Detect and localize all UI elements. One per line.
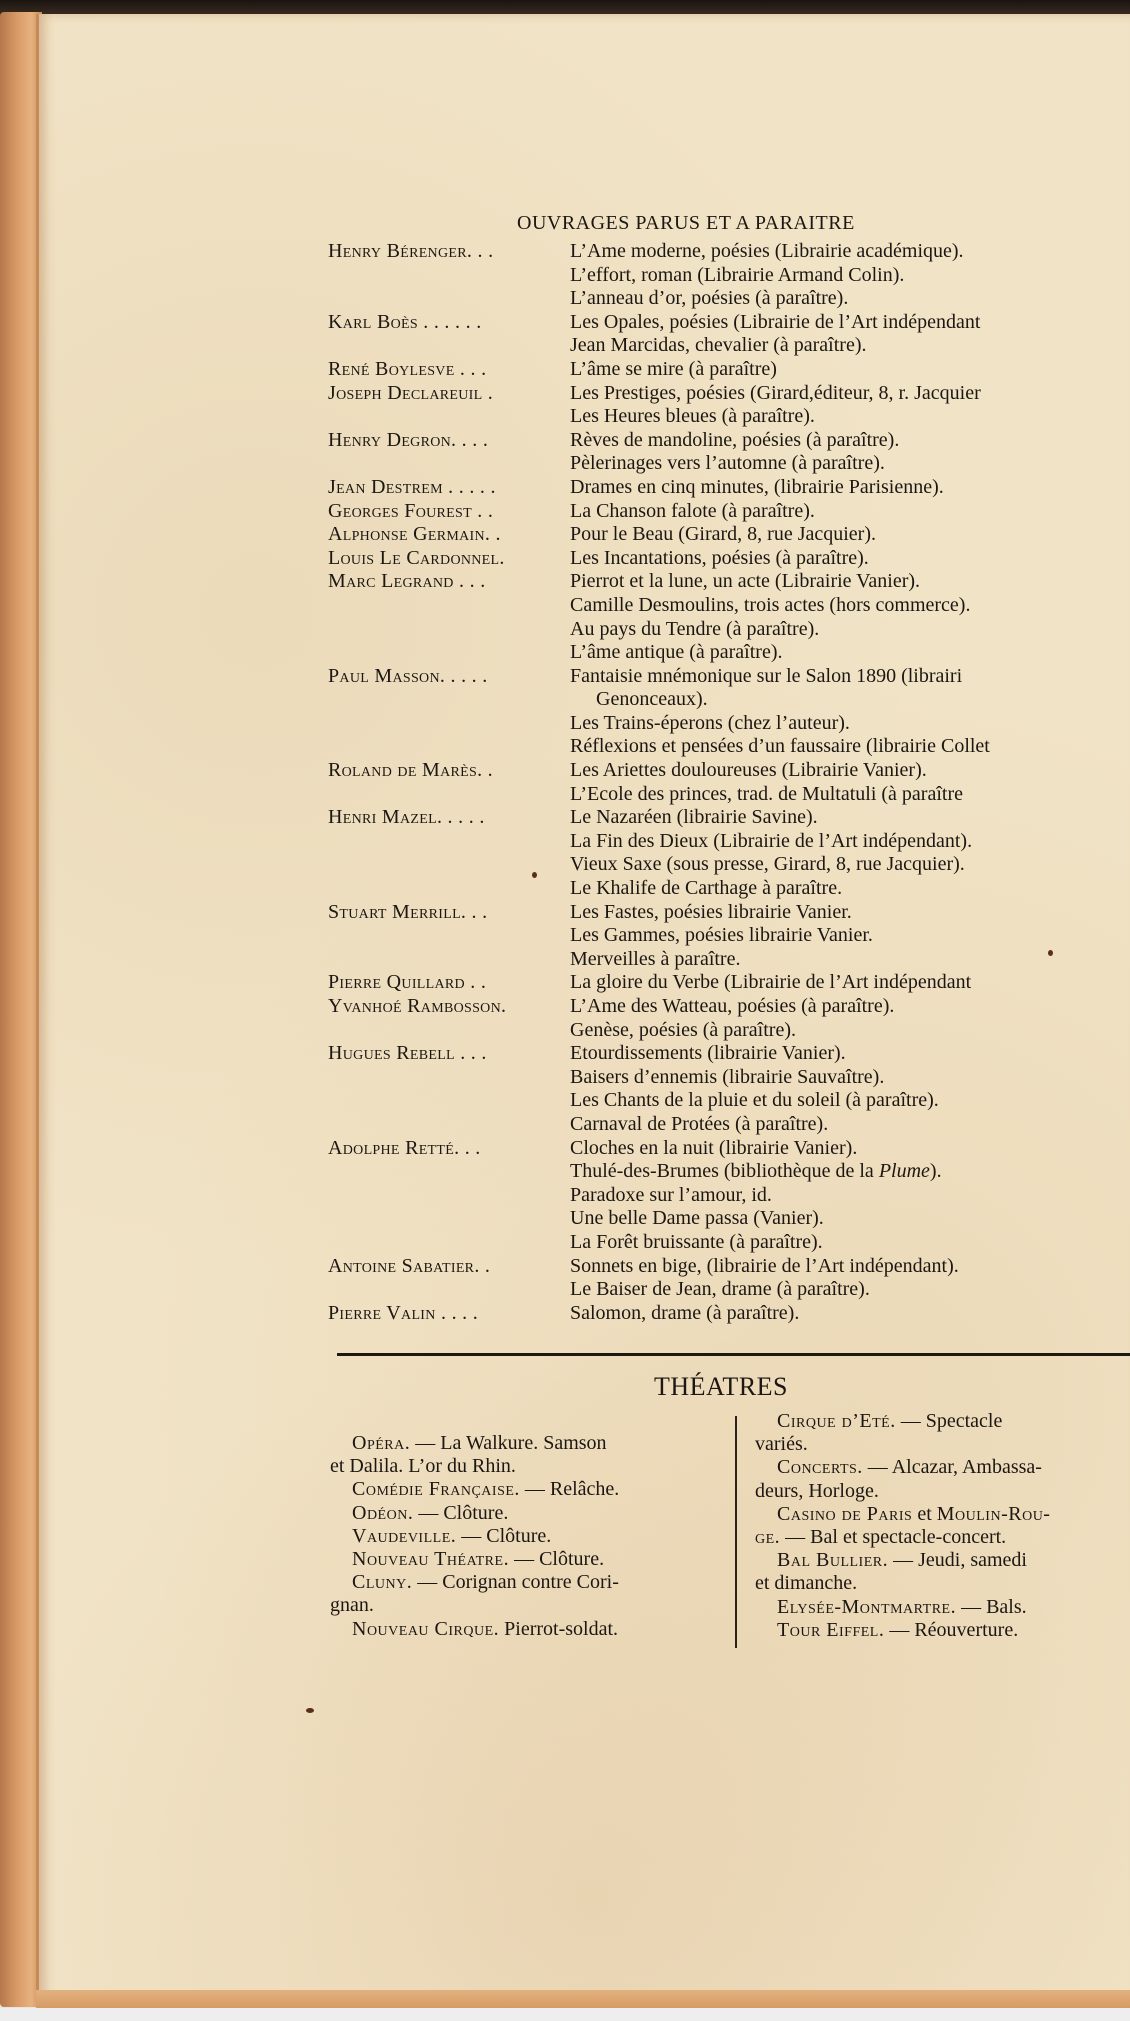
venue-name: Nouveau Cirque. — [352, 1618, 499, 1640]
theatre-line: Tour Eiffel. — Réouverture. — [755, 1619, 1130, 1642]
work-titles: La Chanson falote (à paraître). — [570, 500, 1130, 524]
work-title: Carnaval de Protées (à paraître). — [570, 1113, 1130, 1137]
author-name: Henry Bérenger. . . — [328, 240, 570, 311]
work-title: Le Nazaréen (librairie Savine). — [570, 806, 1130, 830]
theatre-line: Concerts. — Alcazar, Ambassa- — [755, 1456, 1130, 1479]
theatre-entry: Bal Bullier. — Jeudi, samediet dimanche. — [755, 1549, 1130, 1595]
venue-program: — Relâche. — [520, 1478, 619, 1500]
theatre-line-continued: gnan. — [330, 1594, 730, 1617]
author-name: Marc Legrand . . . — [328, 570, 570, 664]
column-divider — [735, 1416, 737, 1648]
venue-program: et — [912, 1503, 936, 1525]
venue-name: Moulin-Rou- — [937, 1503, 1051, 1525]
work-title: Les Heures bleues (à paraître). — [570, 405, 1130, 429]
venue-program-continued: et Dalila. L’or du Rhin. — [330, 1455, 516, 1477]
work-title-suffix: ). — [930, 1160, 942, 1182]
work-title: Les Incantations, poésies (à paraître). — [570, 547, 1130, 571]
author-name: Louis Le Cardonnel. — [328, 547, 570, 571]
author-entry: Stuart Merrill. . .Les Fastes, poésies l… — [328, 901, 1130, 972]
author-entry: Joseph Declareuil .Les Prestiges, poésie… — [328, 382, 1130, 429]
venue-name: Opéra. — [352, 1432, 410, 1454]
works-heading: OUVRAGES PARUS ET A PARAITRE — [517, 212, 855, 235]
venue-program: — Corignan contre Cori- — [412, 1571, 619, 1593]
theatre-entry: Cirque d’Eté. — Spectaclevariés. — [755, 1410, 1130, 1456]
venue-name: Vaudeville. — [352, 1525, 456, 1547]
theatre-entry: Nouveau Théatre. — Clôture. — [330, 1548, 730, 1571]
author-name: Adolphe Retté. . . — [328, 1137, 570, 1255]
author-entry: Georges Fourest . .La Chanson falote (à … — [328, 500, 1130, 524]
theatre-line: Cirque d’Eté. — Spectacle — [755, 1410, 1130, 1433]
author-entry: Alphonse Germain. .Pour le Beau (Girard,… — [328, 523, 1130, 547]
work-titles: L’Ame moderne, poésies (Librairie académ… — [570, 240, 1130, 311]
venue-name: Nouveau Théatre. — [352, 1548, 509, 1570]
venue-name: Elysée-Montmartre. — [777, 1596, 956, 1618]
work-titles: Pour le Beau (Girard, 8, rue Jacquier). — [570, 523, 1130, 547]
work-title: Les Ariettes douloureuses (Librairie Van… — [570, 759, 1130, 783]
work-title: Sonnets en bige, (librairie de l’Art ind… — [570, 1255, 1130, 1279]
author-entry: Henry Bérenger. . .L’Ame moderne, poésie… — [328, 240, 1130, 311]
work-title: L’Ame moderne, poésies (Librairie académ… — [570, 240, 1130, 264]
work-title: La Chanson falote (à paraître). — [570, 500, 1130, 524]
theatre-line: Opéra. — La Walkure. Samson — [330, 1432, 730, 1455]
theatre-entry: Comédie Française. — Relâche. — [330, 1478, 730, 1501]
author-name: Alphonse Germain. . — [328, 523, 570, 547]
venue-name: Cluny. — [352, 1571, 412, 1593]
author-entry: Henry Degron. . . .Rèves de mandoline, p… — [328, 429, 1130, 476]
work-title: L’anneau d’or, poésies (à paraître). — [570, 287, 1130, 311]
author-entry: Yvanhoé Rambosson.L’Ame des Watteau, poé… — [328, 995, 1130, 1042]
venue-name-continued: ge. — [755, 1526, 780, 1548]
work-title: Les Gammes, poésies librairie Vanier. — [570, 924, 1130, 948]
venue-program-continued: et dimanche. — [755, 1572, 857, 1594]
theatre-line-continued: ge. — Bal et spectacle-concert. — [755, 1526, 1130, 1549]
theatre-entry: Vaudeville. — Clôture. — [330, 1525, 730, 1548]
venue-program: — Bals. — [956, 1596, 1027, 1618]
author-name: Yvanhoé Rambosson. — [328, 995, 570, 1042]
work-title: Genonceaux). — [570, 688, 1130, 712]
work-title: Rèves de mandoline, poésies (à paraître)… — [570, 429, 1130, 453]
work-title: Vieux Saxe (sous presse, Girard, 8, rue … — [570, 853, 1130, 877]
author-name: Antoine Sabatier. . — [328, 1255, 570, 1302]
work-title: Genèse, poésies (à paraître). — [570, 1019, 1130, 1043]
work-titles: L’Ame des Watteau, poésies (à paraître).… — [570, 995, 1130, 1042]
work-title: Salomon, drame (à paraître). — [570, 1302, 1130, 1326]
theatre-entry: Tour Eiffel. — Réouverture. — [755, 1619, 1130, 1642]
theatres-left-column: Opéra. — La Walkure. Samsonet Dalila. L’… — [330, 1432, 730, 1641]
author-name: Henry Degron. . . . — [328, 429, 570, 476]
theatre-line-continued: et Dalila. L’or du Rhin. — [330, 1455, 730, 1478]
work-title: Pour le Beau (Girard, 8, rue Jacquier). — [570, 523, 1130, 547]
work-title: La gloire du Verbe (Librairie de l’Art i… — [570, 971, 1130, 995]
work-title: Merveilles à paraître. — [570, 948, 1130, 972]
work-title: Paradoxe sur l’amour, id. — [570, 1184, 1130, 1208]
author-name: Joseph Declareuil . — [328, 382, 570, 429]
theatre-line-continued: et dimanche. — [755, 1572, 1130, 1595]
venue-name: Odéon. — [352, 1502, 413, 1524]
work-title: Thulé-des-Brumes (bibliothèque de la Plu… — [570, 1160, 1130, 1184]
author-entry: Pierre Quillard . .La gloire du Verbe (L… — [328, 971, 1130, 995]
author-name: Henri Mazel. . . . . — [328, 806, 570, 900]
work-title: Les Prestiges, poésies (Girard,éditeur, … — [570, 382, 1130, 406]
work-titles: Salomon, drame (à paraître). — [570, 1302, 1130, 1326]
venue-program: Pierrot-soldat. — [499, 1618, 618, 1640]
theatre-line-continued: deurs, Horloge. — [755, 1480, 1130, 1503]
theatre-entry: Concerts. — Alcazar, Ambassa-deurs, Horl… — [755, 1456, 1130, 1502]
work-title: L’Ecole des princes, trad. de Multatuli … — [570, 783, 1130, 807]
theatre-line: Casino de Paris et Moulin-Rou- — [755, 1503, 1130, 1526]
theatre-entry: Nouveau Cirque. Pierrot-soldat. — [330, 1618, 730, 1641]
work-title: La Fin des Dieux (Librairie de l’Art ind… — [570, 830, 1130, 854]
author-name: Karl Boès . . . . . . — [328, 311, 570, 358]
work-title: Pierrot et la lune, un acte (Librairie V… — [570, 570, 1130, 594]
venue-program: — Clôture. — [413, 1502, 508, 1524]
venue-program-continued: variés. — [755, 1433, 808, 1455]
venue-program: — Réouverture. — [884, 1619, 1018, 1641]
work-title: Les Opales, poésies (Librairie de l’Art … — [570, 311, 1130, 335]
author-name: Stuart Merrill. . . — [328, 901, 570, 972]
work-title: L’âme se mire (à paraître) — [570, 358, 1130, 382]
section-divider — [337, 1353, 1130, 1356]
theatre-line: Vaudeville. — Clôture. — [330, 1525, 730, 1548]
work-title: Le Khalife de Carthage à paraître. — [570, 877, 1130, 901]
work-title: La Forêt bruissante (à paraître). — [570, 1231, 1130, 1255]
work-title: Une belle Dame passa (Vanier). — [570, 1207, 1130, 1231]
venue-program-continued: — Bal et spectacle-concert. — [780, 1526, 1006, 1548]
author-entry: Paul Masson. . . . .Fantaisie mnémonique… — [328, 665, 1130, 759]
work-titles: Rèves de mandoline, poésies (à paraître)… — [570, 429, 1130, 476]
author-name: René Boylesve . . . — [328, 358, 570, 382]
work-titles: Les Opales, poésies (Librairie de l’Art … — [570, 311, 1130, 358]
theatres-heading: THÉATRES — [654, 1372, 788, 1402]
work-title: Fantaisie mnémonique sur le Salon 1890 (… — [570, 665, 1130, 689]
theatres-right-column: Cirque d’Eté. — Spectaclevariés.Concerts… — [755, 1410, 1130, 1642]
author-name: Paul Masson. . . . . — [328, 665, 570, 759]
work-title: Le Baiser de Jean, drame (à paraître). — [570, 1278, 1130, 1302]
work-title: L’âme antique (à paraître). — [570, 641, 1130, 665]
author-entry: Karl Boès . . . . . .Les Opales, poésies… — [328, 311, 1130, 358]
venue-name: Bal Bullier. — [777, 1549, 888, 1571]
author-entry: Marc Legrand . . .Pierrot et la lune, un… — [328, 570, 1130, 664]
author-entry: Jean Destrem . . . . .Drames en cinq min… — [328, 476, 1130, 500]
theatre-line: Bal Bullier. — Jeudi, samedi — [755, 1549, 1130, 1572]
venue-name: Tour Eiffel. — [777, 1619, 884, 1641]
theatre-entry: Elysée-Montmartre. — Bals. — [755, 1596, 1130, 1619]
work-title: Baisers d’ennemis (librairie Sauvaître). — [570, 1066, 1130, 1090]
author-entry: Roland de Marès. .Les Ariettes douloureu… — [328, 759, 1130, 806]
venue-program: — La Walkure. Samson — [410, 1432, 606, 1454]
theatre-line-continued: variés. — [755, 1433, 1130, 1456]
work-title: L’Ame des Watteau, poésies (à paraître). — [570, 995, 1130, 1019]
author-entry: Henri Mazel. . . . .Le Nazaréen (librair… — [328, 806, 1130, 900]
work-title: Etourdissements (librairie Vanier). — [570, 1042, 1130, 1066]
venue-program: — Clôture. — [509, 1548, 604, 1570]
work-titles: Les Ariettes douloureuses (Librairie Van… — [570, 759, 1130, 806]
venue-name: Concerts. — [777, 1456, 863, 1478]
work-title-italic: Plume — [879, 1160, 930, 1182]
work-title: L’effort, roman (Librairie Armand Colin)… — [570, 264, 1130, 288]
ink-speck — [1048, 950, 1053, 956]
work-titles: Pierrot et la lune, un acte (Librairie V… — [570, 570, 1130, 664]
venue-program: — Alcazar, Ambassa- — [863, 1456, 1042, 1478]
work-titles: Etourdissements (librairie Vanier).Baise… — [570, 1042, 1130, 1136]
author-entry: Adolphe Retté. . .Cloches en la nuit (li… — [328, 1137, 1130, 1255]
work-title: Drames en cinq minutes, (librairie Paris… — [570, 476, 1130, 500]
author-entry: Louis Le Cardonnel.Les Incantations, poé… — [328, 547, 1130, 571]
ink-speck — [532, 872, 537, 878]
author-name: Pierre Quillard . . — [328, 971, 570, 995]
work-titles: Les Fastes, poésies librairie Vanier.Les… — [570, 901, 1130, 972]
theatre-line: Elysée-Montmartre. — Bals. — [755, 1596, 1130, 1619]
works-list: Henry Bérenger. . .L’Ame moderne, poésie… — [328, 240, 1130, 1325]
work-titles: Les Prestiges, poésies (Girard,éditeur, … — [570, 382, 1130, 429]
venue-program-continued: gnan. — [330, 1594, 374, 1616]
work-title: Les Chants de la pluie et du soleil (à p… — [570, 1089, 1130, 1113]
theatre-line: Nouveau Cirque. Pierrot-soldat. — [330, 1618, 730, 1641]
work-title: Les Trains-éperons (chez l’auteur). — [570, 712, 1130, 736]
author-name: Roland de Marès. . — [328, 759, 570, 806]
work-titles: L’âme se mire (à paraître) — [570, 358, 1130, 382]
work-titles: Sonnets en bige, (librairie de l’Art ind… — [570, 1255, 1130, 1302]
author-entry: Pierre Valin . . . .Salomon, drame (à pa… — [328, 1302, 1130, 1326]
ink-speck — [306, 1708, 314, 1713]
work-titles: Le Nazaréen (librairie Savine).La Fin de… — [570, 806, 1130, 900]
venue-name: Cirque d’Eté. — [777, 1410, 896, 1432]
work-title: Au pays du Tendre (à paraître). — [570, 618, 1130, 642]
venue-program: — Spectacle — [896, 1410, 1003, 1432]
work-titles: Drames en cinq minutes, (librairie Paris… — [570, 476, 1130, 500]
author-name: Jean Destrem . . . . . — [328, 476, 570, 500]
author-entry: René Boylesve . . .L’âme se mire (à para… — [328, 358, 1130, 382]
work-title: Jean Marcidas, chevalier (à paraître). — [570, 334, 1130, 358]
venue-name: Casino de Paris — [777, 1503, 912, 1525]
work-title: Réflexions et pensées d’un faussaire (li… — [570, 735, 1130, 759]
work-titles: Fantaisie mnémonique sur le Salon 1890 (… — [570, 665, 1130, 759]
author-name: Pierre Valin . . . . — [328, 1302, 570, 1326]
theatre-entry: Casino de Paris et Moulin-Rou-ge. — Bal … — [755, 1503, 1130, 1549]
theatre-line: Comédie Française. — Relâche. — [330, 1478, 730, 1501]
theatre-entry: Cluny. — Corignan contre Cori-gnan. — [330, 1571, 730, 1617]
work-title: Cloches en la nuit (librairie Vanier). — [570, 1137, 1130, 1161]
author-entry: Antoine Sabatier. .Sonnets en bige, (lib… — [328, 1255, 1130, 1302]
theatre-entry: Opéra. — La Walkure. Samsonet Dalila. L’… — [330, 1432, 730, 1478]
venue-program: — Clôture. — [456, 1525, 551, 1547]
work-title: Pèlerinages vers l’automne (à paraître). — [570, 452, 1130, 476]
scan-background — [0, 2008, 1130, 2021]
author-name: Georges Fourest . . — [328, 500, 570, 524]
venue-program: — Jeudi, samedi — [888, 1549, 1027, 1571]
theatre-line: Odéon. — Clôture. — [330, 1502, 730, 1525]
theatre-entry: Odéon. — Clôture. — [330, 1502, 730, 1525]
theatre-line: Cluny. — Corignan contre Cori- — [330, 1571, 730, 1594]
work-titles: La gloire du Verbe (Librairie de l’Art i… — [570, 971, 1130, 995]
venue-name: Comédie Française. — [352, 1478, 520, 1500]
author-name: Hugues Rebell . . . — [328, 1042, 570, 1136]
work-title: Camille Desmoulins, trois actes (hors co… — [570, 594, 1130, 618]
venue-program-continued: deurs, Horloge. — [755, 1480, 879, 1502]
work-titles: Les Incantations, poésies (à paraître). — [570, 547, 1130, 571]
author-entry: Hugues Rebell . . .Etourdissements (libr… — [328, 1042, 1130, 1136]
theatre-line: Nouveau Théatre. — Clôture. — [330, 1548, 730, 1571]
work-title: Les Fastes, poésies librairie Vanier. — [570, 901, 1130, 925]
work-titles: Cloches en la nuit (librairie Vanier).Th… — [570, 1137, 1130, 1255]
